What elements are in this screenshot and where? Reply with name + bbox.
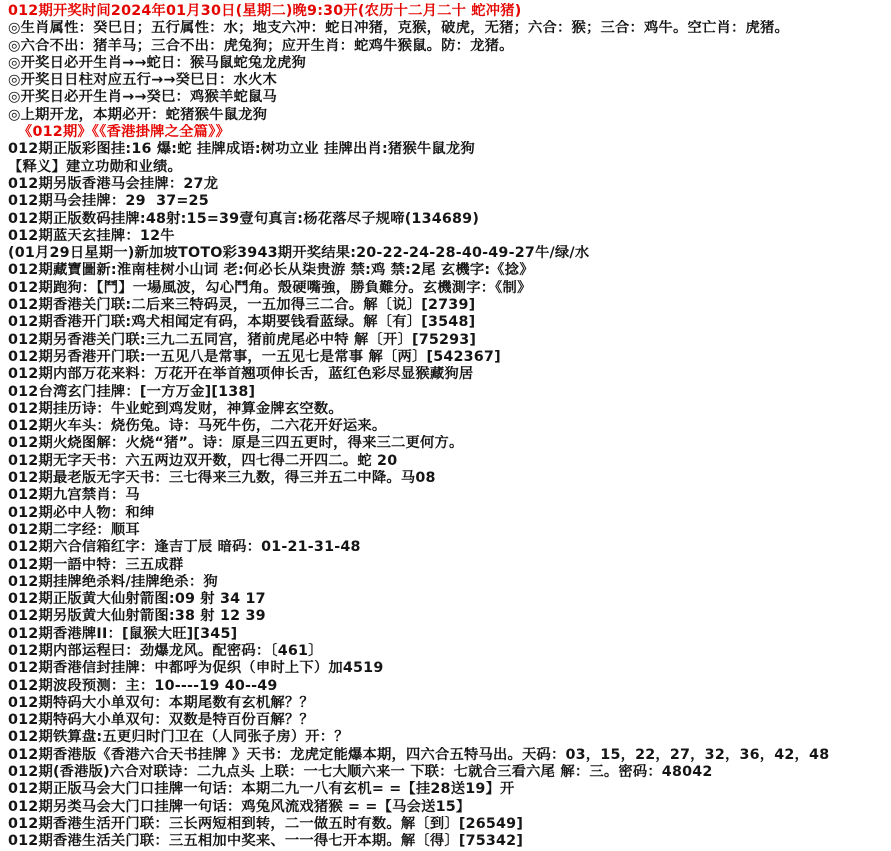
text-line-19: 012期香港开门联:鸡犬相闻定有码，本期要钱看蓝绿。解〔有〕[3548] — [8, 314, 891, 331]
text-line-44: 012期香港版《香港六合天书挂牌 》天书：龙虎定能爆本期，四六合五特马出。天码：… — [8, 747, 891, 764]
text-line-24: 012期挂历诗：牛业蛇到鸡发财，神算金牌玄空数。 — [8, 401, 891, 418]
text-line-3: ◎六合不出：猪羊马；三合不出：虎兔狗；应开生肖：蛇鸡牛猴鼠。防：龙猪。 — [8, 38, 891, 55]
text-line-26: 012期火烧图解：火烧“猪”。诗：原是三四五更时，得来三二更何方。 — [8, 435, 891, 452]
text-line-41: 012期特码大小单双句：本期尾数有玄机解？？ — [8, 695, 891, 712]
text-line-33: 012期一語中特：三五成群 — [8, 557, 891, 574]
text-line-18: 012期香港关门联:二后来三特码灵，一五加得三二合。解〔说〕[2739] — [8, 297, 891, 314]
text-line-11: 012期另版香港马会挂牌：27龙 — [8, 176, 891, 193]
text-line-38: 012期内部运程曰：劲爆龙风。配密码：〔461〕 — [8, 643, 891, 660]
text-line-15: (01月29日星期一)新加坡TOTO彩3943期开奖结果:20-22-24-28… — [8, 245, 891, 262]
text-line-31: 012期二字经：顺耳 — [8, 522, 891, 539]
text-line-42: 012期特码大小单双句：双数是特百份百解？？ — [8, 712, 891, 729]
text-line-9: 012期正版彩图挂:16 爆:蛇 挂牌成语:树功立业 挂牌出肖:猪猴牛鼠龙狗 — [8, 141, 891, 158]
text-line-46: 012期正版马会大门口挂牌一句话：本期二九一八有玄机= =【挂28送19】开 — [8, 781, 891, 798]
text-line-14: 012期蓝天玄挂牌：12牛 — [8, 228, 891, 245]
text-line-43: 012期铁算盘:五更归时门卫在（人同张子房）开：？ — [8, 729, 891, 746]
text-line-10: 【释义】建立功勋和业绩。 — [8, 159, 891, 176]
text-line-2: ◎生肖属性：癸巳日；五行属性：水；地支六冲：蛇日冲猪，克猴，破虎，无猪；六合：猴… — [8, 20, 891, 37]
text-line-7: ◎上期开龙，本期必开：蛇猪猴牛鼠龙狗 — [8, 107, 891, 124]
text-line-17: 012期跑狗：【鬥】一場風波，勾心鬥角。殼硬嘴強，勝負難分。玄機測字：《制》 — [8, 280, 891, 297]
text-line-16: 012期藏寶圖新:淮南桂树小山词 老:何必长从柒贵游 禁:鸡 禁:2尾 玄機字:… — [8, 262, 891, 279]
text-line-45: 012期(香港版)六合对联诗：二九点头 上联：一七大顺六来一 下联：七就合三看六… — [8, 764, 891, 781]
text-line-4: ◎开奖日必开生肖→→蛇日：猴马鼠蛇兔龙虎狗 — [8, 55, 891, 72]
text-line-8: 《012期》《《香港掛牌之全篇》》 — [8, 124, 891, 141]
text-line-48: 012期香港生活开门联：三长两短相到转，二一做五时有数。解〔到〕[26549] — [8, 816, 891, 833]
lottery-tips-page: 012期开奖时间2024年01月30日(星期二)晚9:30开(农历十二月二十 蛇… — [0, 0, 891, 851]
text-line-47: 012期另类马会大门口挂牌一句话：鸡兔风流戏猪猴 = =【马会送15】 — [8, 799, 891, 816]
text-line-29: 012期九宫禁肖：马 — [8, 487, 891, 504]
text-line-25: 012期火车头：烧伤兔。诗：马死牛伤，二六花开好运来。 — [8, 418, 891, 435]
text-line-12: 012期马会挂牌：29 37=25 — [8, 193, 891, 210]
text-line-40: 012期波段预测：主：10----19 40--49 — [8, 678, 891, 695]
text-line-36: 012期另版黄大仙射箭图:38 射 12 39 — [8, 608, 891, 625]
text-line-1: 012期开奖时间2024年01月30日(星期二)晚9:30开(农历十二月二十 蛇… — [8, 3, 891, 20]
text-line-27: 012期无字天书：六五两边双开数，四七得二开四二。蛇 20 — [8, 453, 891, 470]
text-line-34: 012期挂牌绝杀料/挂牌绝杀：狗 — [8, 574, 891, 591]
text-line-37: 012期香港牌II：[鼠猴大旺][345] — [8, 626, 891, 643]
text-lines: 012期开奖时间2024年01月30日(星期二)晚9:30开(农历十二月二十 蛇… — [8, 3, 891, 851]
text-line-6: ◎开奖日必开生肖→→癸巳：鸡猴羊蛇鼠马 — [8, 89, 891, 106]
text-line-13: 012期正版数码挂牌:48射:15=39壹句真言:杨花落尽子规啼(134689) — [8, 211, 891, 228]
text-line-22: 012期内部万花来料：万花开在举首翘项伸长舌，蓝红色彩尽显猴藏狗居 — [8, 366, 891, 383]
text-line-20: 012期另香港关门联:三九二五同宫，猪前虎尾必中特 解〔开〕[75293] — [8, 332, 891, 349]
text-line-28: 012期最老版无字天书：三七得来三九数，得三并五二中降。马08 — [8, 470, 891, 487]
text-line-35: 012期正版黄大仙射箭图:09 射 34 17 — [8, 591, 891, 608]
text-line-39: 012期香港信封挂牌：中都呼为促织（申时上下）加4519 — [8, 660, 891, 677]
text-line-30: 012期必中人物：和绅 — [8, 505, 891, 522]
text-line-23: 012台湾玄门挂牌：[一方万金][138] — [8, 384, 891, 401]
text-line-21: 012期另香港开门联:一五见八是常事，一五见七是常事 解〔两〕[542367] — [8, 349, 891, 366]
text-line-5: ◎开奖日日柱对应五行→→癸巳日：水火木 — [8, 72, 891, 89]
text-line-32: 012期六合信箱红字：逢吉丁辰 暗码：01-21-31-48 — [8, 539, 891, 556]
text-line-49: 012期香港生活关门联：三五相加中奖来、一一得七开本期。解〔得〕[75342] — [8, 833, 891, 850]
